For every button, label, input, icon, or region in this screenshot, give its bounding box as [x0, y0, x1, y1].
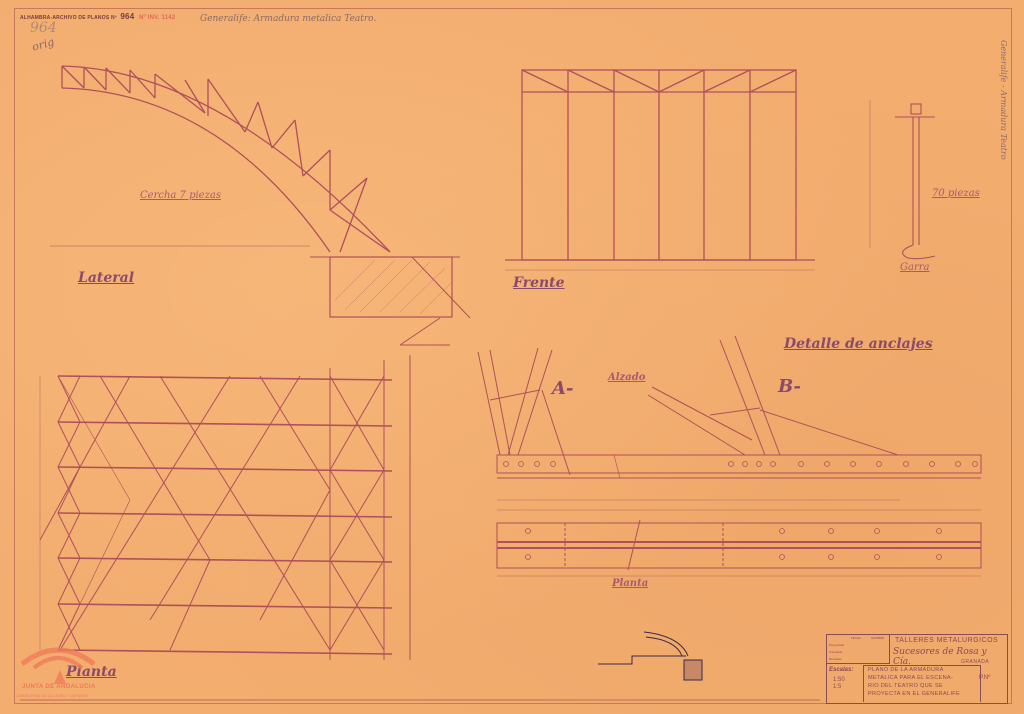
junta-andalucia-logo	[18, 638, 118, 702]
view-label-detalle-anclajes: Detalle de anclajes	[784, 336, 933, 352]
anchor-bolt	[870, 100, 935, 259]
view-label-planta-detail: Planta	[612, 578, 648, 589]
plan-title-line-4: PROYECTA EN EL GENERALIFE	[868, 690, 980, 698]
grid-header-date: FECHA	[851, 636, 861, 640]
plan-title-line-2: METALICA PARA EL ESCENA-	[868, 674, 980, 682]
company-successor: Sucesores de Rosa y Cía.	[893, 647, 1007, 667]
blueprint-sheet: ALHAMBRA-ARCHIVO DE PLANOS Nº 964 Nº INV…	[0, 0, 1024, 714]
front-frame	[505, 70, 815, 270]
grid-header-name: NOMBRE	[871, 636, 884, 640]
watermark-dept: CONSEJERÍA DE CULTURA Y DEPORTE	[16, 694, 88, 698]
foundation-sketch	[598, 632, 702, 680]
anchor-detail-b	[648, 336, 898, 455]
anchor-detail-a	[478, 348, 570, 475]
title-block-grid: FECHA NOMBRE Proyectado Calculado Revisa…	[827, 635, 890, 664]
grid-row-revisado: Revisado	[829, 657, 842, 661]
anchor-plan-bar	[497, 500, 981, 576]
scale-2: 1:5	[833, 684, 845, 691]
plan-title: PLANO DE LA ARMADURA METALICA PARA EL ES…	[863, 665, 981, 702]
plan-title-line-3: RIO DEL TEATRO QUE SE	[868, 682, 980, 690]
grid-row-proyectado: Proyectado	[829, 643, 844, 647]
company-name: TALLERES METALURGICOS	[895, 637, 998, 644]
plan-grid	[40, 355, 410, 660]
view-label-garra: Garra	[900, 262, 929, 273]
scales-label: Escalas:	[829, 667, 853, 673]
grid-row-calculado: Calculado	[829, 650, 842, 654]
scales-values: 1:50 1:5	[833, 677, 845, 691]
lateral-foundation	[310, 257, 470, 345]
lateral-truss	[62, 66, 390, 252]
detail-label-a: A-	[552, 378, 573, 399]
plan-number-label: P.Nº	[979, 675, 990, 681]
title-block: FECHA NOMBRE Proyectado Calculado Revisa…	[826, 634, 1008, 704]
view-label-alzado: Alzado	[608, 372, 645, 383]
view-label-lateral: Lateral	[78, 270, 134, 286]
view-label-cercha: Cercha 7 piezas	[140, 190, 221, 201]
technical-drawing	[0, 0, 1024, 714]
watermark-org: JUNTA DE ANDALUCIA	[22, 684, 96, 690]
scale-1: 1:50	[833, 677, 845, 684]
plan-title-line-1: PLANO DE LA ARMADURA	[868, 666, 980, 674]
garra-pieces-label: 70 piezas	[932, 188, 980, 199]
view-label-frente: Frente	[513, 275, 565, 291]
detail-label-b: B-	[778, 376, 801, 397]
